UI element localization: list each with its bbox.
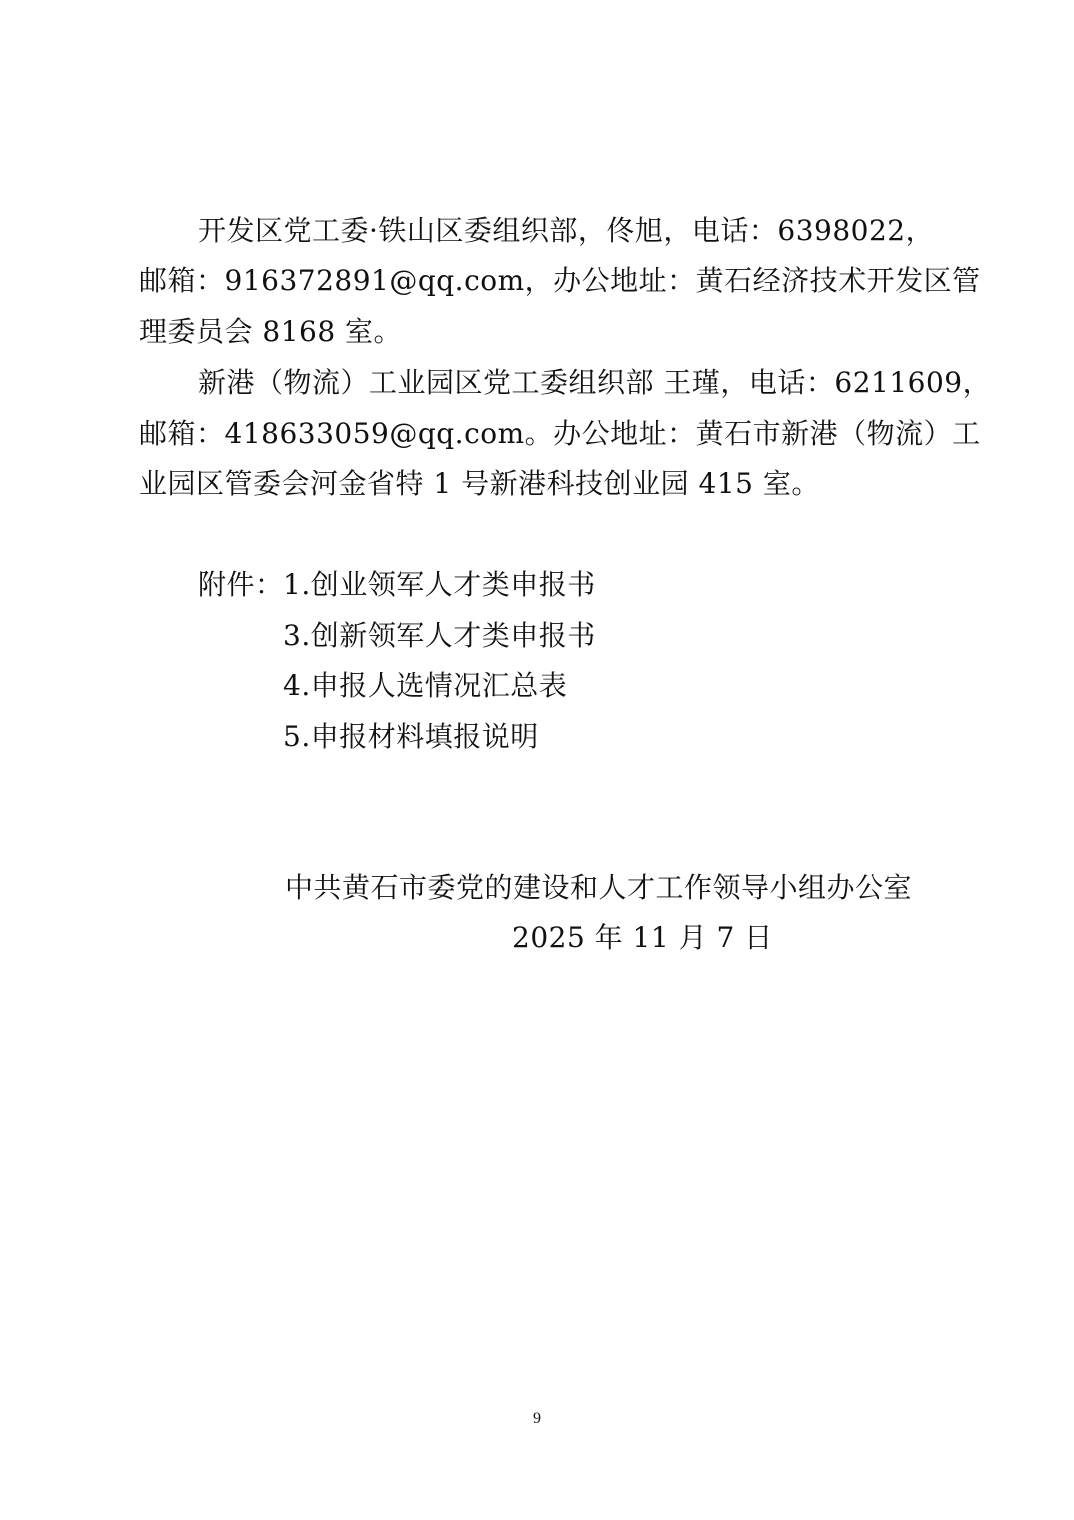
page-number: 9: [0, 1410, 1074, 1428]
attachments-label: 附件：: [198, 568, 284, 602]
contact-line: 邮箱：418633059@qq.com。办公地址：黄石市新港（物流）工: [139, 417, 981, 451]
attachment-item: 4.申报人选情况汇总表: [283, 669, 567, 703]
issuing-organization: 中共黄石市委党的建设和人才工作领导小组办公室: [285, 871, 912, 905]
contact-line: 业园区管委会河金省特 1 号新港科技创业园 415 室。: [139, 467, 820, 501]
attachment-item: 5.申报材料填报说明: [283, 720, 539, 754]
contact-line: 理委员会 8168 室。: [139, 315, 402, 349]
contact-line: 邮箱：916372891@qq.com，办公地址：黄石经济技术开发区管: [139, 264, 981, 298]
issue-date: 2025 年 11 月 7 日: [512, 921, 773, 955]
attachment-item: 3.创新领军人才类申报书: [283, 619, 596, 653]
contact-line: 开发区党工委·铁山区委组织部，佟旭，电话：6398022，: [198, 214, 934, 248]
contact-line: 新港（物流）工业园区党工委组织部 王瑾，电话：6211609，: [198, 366, 991, 400]
attachment-item: 1.创业领军人才类申报书: [283, 568, 596, 602]
